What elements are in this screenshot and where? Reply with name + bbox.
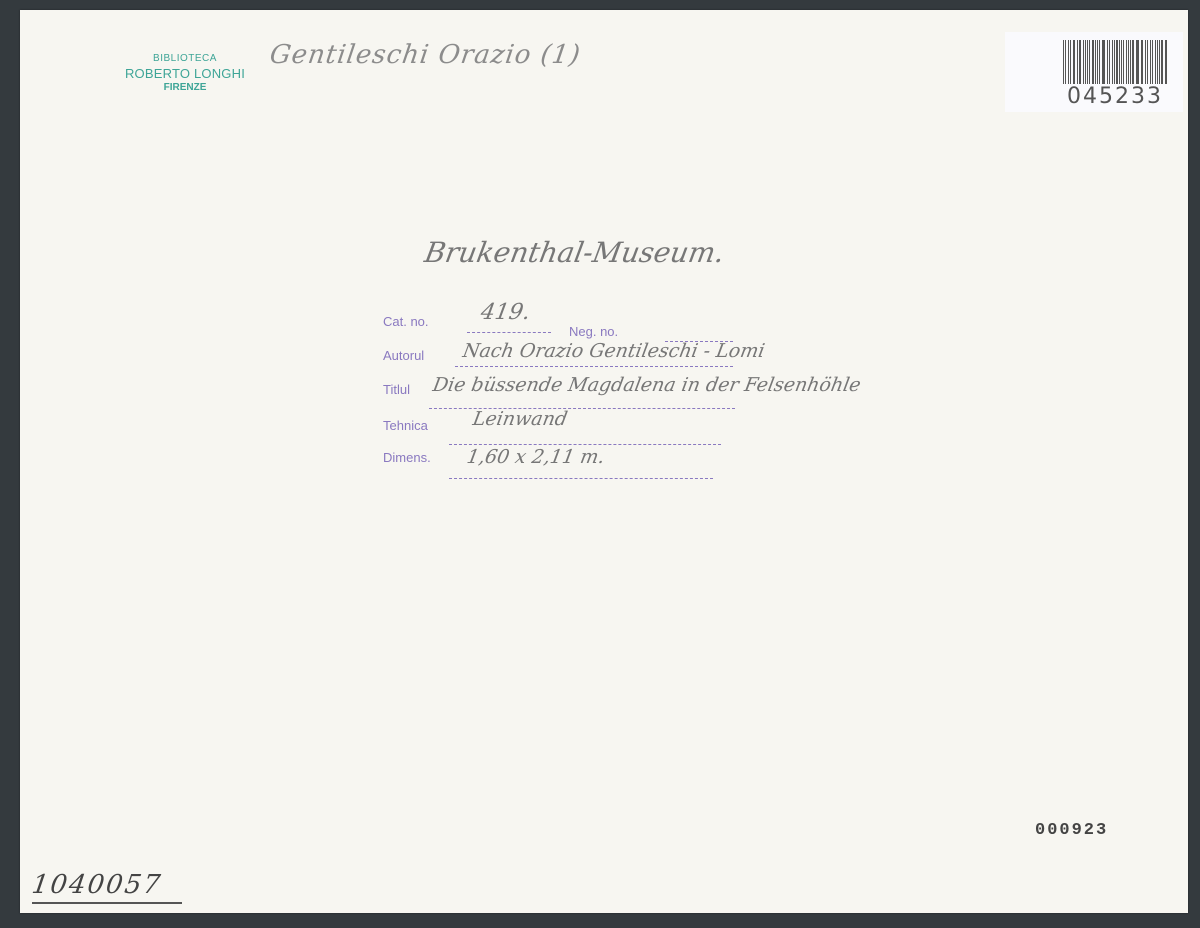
barcode-bar <box>1079 40 1081 84</box>
barcode-bar <box>1114 40 1115 84</box>
barcode-bar <box>1077 40 1078 84</box>
barcode-bar <box>1150 40 1151 84</box>
barcode-bar <box>1102 40 1103 84</box>
barcode-bar <box>1073 40 1074 84</box>
barcode-bar <box>1063 40 1064 84</box>
barcode-bar <box>1157 40 1158 84</box>
barcode-icon <box>1063 40 1169 84</box>
dimensions-line <box>449 478 713 479</box>
title-value: Die büssende Magdalena in der Felsenhöhl… <box>431 374 862 396</box>
neg-no-label: Neg. no. <box>569 324 618 339</box>
barcode-bar <box>1116 40 1118 84</box>
technique-line <box>449 444 721 445</box>
inventory-number: 1040057 <box>30 870 164 900</box>
barcode-bar <box>1085 40 1086 84</box>
cat-no-line <box>467 332 551 333</box>
library-stamp: BIBLIOTECA ROBERTO LONGHI FIRENZE <box>110 53 260 94</box>
barcode-bar <box>1109 40 1110 84</box>
barcode-bar <box>1142 40 1143 84</box>
serial-number: 000923 <box>1035 821 1108 840</box>
barcode-bar <box>1099 40 1100 84</box>
barcode-bar <box>1112 40 1113 84</box>
stamp-line-2: ROBERTO LONGHI <box>110 66 260 82</box>
barcode-bar <box>1155 40 1156 84</box>
barcode-bar <box>1074 40 1075 84</box>
photo-back-card: BIBLIOTECA ROBERTO LONGHI FIRENZE <box>20 10 1188 913</box>
barcode-bar <box>1107 40 1108 84</box>
barcode-bar <box>1159 40 1160 84</box>
barcode-number: 045233 <box>1067 84 1163 109</box>
barcode-bar <box>1145 40 1147 84</box>
barcode-bar <box>1132 40 1134 84</box>
barcode-bar <box>1161 40 1163 84</box>
dimensions-label: Dimens. <box>383 450 431 465</box>
barcode-bar <box>1097 40 1098 84</box>
dimensions-value: 1,60 x 2,11 m. <box>465 446 606 468</box>
inventory-underline <box>32 902 182 904</box>
barcode-bar <box>1130 40 1131 84</box>
barcode-bar <box>1068 40 1070 84</box>
cat-no-value: 419. <box>479 300 532 325</box>
barcode-bar <box>1065 40 1066 84</box>
barcode-bar <box>1166 40 1167 84</box>
barcode-bar <box>1147 40 1148 84</box>
barcode-bar <box>1136 40 1137 84</box>
stamp-line-1: BIBLIOTECA <box>110 53 260 66</box>
barcode-bar <box>1152 40 1153 84</box>
stamp-line-3: FIRENZE <box>110 82 260 95</box>
barcode-bar <box>1089 40 1090 84</box>
technique-value: Leinwand <box>471 408 569 430</box>
handwritten-artist-note: Gentileschi Orazio (1) <box>268 40 583 70</box>
cat-no-label: Cat. no. <box>383 314 429 329</box>
barcode-bar <box>1123 40 1124 84</box>
barcode-bar <box>1165 40 1166 84</box>
barcode-bar <box>1092 40 1094 84</box>
museum-name: Brukenthal-Museum. <box>422 236 727 269</box>
barcode-bar <box>1103 40 1105 84</box>
barcode-bar <box>1070 40 1071 84</box>
title-label: Titlul <box>383 382 410 397</box>
barcode-bar <box>1141 40 1142 84</box>
barcode-bar <box>1119 40 1120 84</box>
barcode-label: 045233 <box>1005 32 1183 112</box>
barcode-bar <box>1128 40 1129 84</box>
author-label: Autorul <box>383 348 424 363</box>
barcode-bar <box>1121 40 1122 84</box>
barcode-bar <box>1126 40 1127 84</box>
author-value: Nach Orazio Gentileschi - Lomi <box>461 340 766 362</box>
barcode-bar <box>1137 40 1138 84</box>
author-line <box>455 366 733 367</box>
barcode-bar <box>1095 40 1096 84</box>
barcode-bar <box>1087 40 1088 84</box>
barcode-bar <box>1083 40 1084 84</box>
technique-label: Tehnica <box>383 418 428 433</box>
